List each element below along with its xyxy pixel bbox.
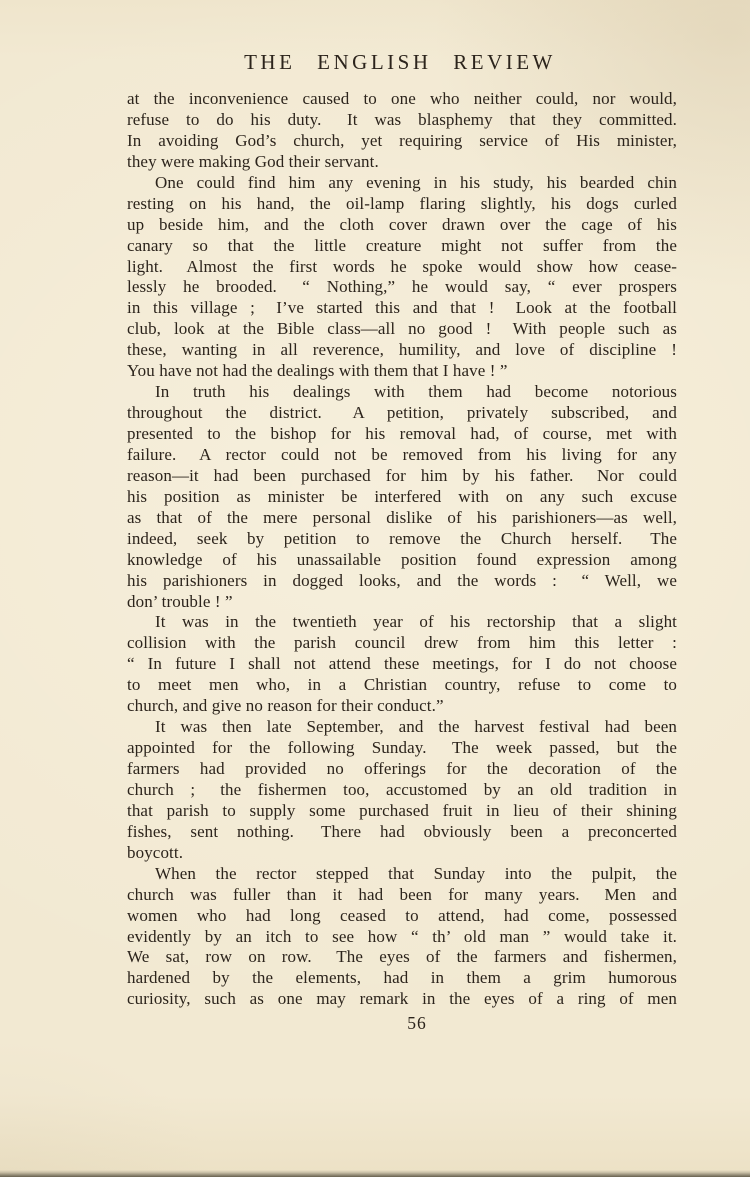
body-text: at the inconvenience caused to one who n… [127, 89, 677, 1010]
text-line: these, wanting in all reverence, humilit… [127, 340, 677, 361]
text-line: reason—it had been purchased for him by … [127, 466, 677, 487]
text-line: they were making God their servant. [127, 152, 677, 173]
text-line: It was in the twentieth year of his rect… [127, 612, 677, 633]
text-line: church, and give no reason for their con… [127, 696, 677, 717]
text-line: farmers had provided no offerings for th… [127, 759, 677, 780]
page-bottom-edge [0, 1170, 750, 1177]
text-line: throughout the district. A petition, pri… [127, 403, 677, 424]
text-line: It was then late September, and the harv… [127, 717, 677, 738]
text-line: fishes, sent nothing. There had obviousl… [127, 822, 677, 843]
text-line: up beside him, and the cloth cover drawn… [127, 215, 677, 236]
text-line: One could find him any evening in his st… [127, 173, 677, 194]
text-line: hardened by the elements, had in them a … [127, 968, 677, 989]
text-line: presented to the bishop for his removal … [127, 424, 677, 445]
text-line: in this village ; I’ve started this and … [127, 298, 677, 319]
text-line: indeed, seek by petition to remove the C… [127, 529, 677, 550]
text-line: don’ trouble ! ” [127, 592, 677, 613]
text-line: We sat, row on row. The eyes of the farm… [127, 947, 677, 968]
text-line: at the inconvenience caused to one who n… [127, 89, 677, 110]
text-line: to meet men who, in a Christian country,… [127, 675, 677, 696]
text-line: women who had long ceased to attend, had… [127, 906, 677, 927]
text-line: church ; the fishermen too, accustomed b… [127, 780, 677, 801]
text-line: canary so that the little creature might… [127, 236, 677, 257]
text-line: You have not had the dealings with them … [127, 361, 677, 382]
text-line: “ In future I shall not attend these mee… [127, 654, 677, 675]
text-line: In avoiding God’s church, yet requiring … [127, 131, 677, 152]
text-line: that parish to supply some purchased fru… [127, 801, 677, 822]
text-line: collision with the parish council drew f… [127, 633, 677, 654]
text-line: refuse to do his duty. It was blasphemy … [127, 110, 677, 131]
text-line: appointed for the following Sunday. The … [127, 738, 677, 759]
text-line: light. Almost the first words he spoke w… [127, 257, 677, 278]
text-line: lessly he brooded. “ Nothing,” he would … [127, 277, 677, 298]
book-page: THE ENGLISH REVIEW at the inconvenience … [0, 0, 750, 1177]
text-line: knowledge of his unassailable position f… [127, 550, 677, 571]
text-line: When the rector stepped that Sunday into… [127, 864, 677, 885]
text-line: resting on his hand, the oil-lamp flarin… [127, 194, 677, 215]
text-line: club, look at the Bible class—all no goo… [127, 319, 677, 340]
journal-title: THE ENGLISH REVIEW [125, 50, 675, 75]
text-line: evidently by an itch to see how “ th’ ol… [127, 927, 677, 948]
text-line: boycott. [127, 843, 677, 864]
text-line: church was fuller than it had been for m… [127, 885, 677, 906]
text-line: In truth his dealings with them had beco… [127, 382, 677, 403]
text-line: his parishioners in dogged looks, and th… [127, 571, 677, 592]
text-line: failure. A rector could not be removed f… [127, 445, 677, 466]
text-line: curiosity, such as one may remark in the… [127, 989, 677, 1010]
text-line: his position as minister be interfered w… [127, 487, 677, 508]
text-line: as that of the mere personal dislike of … [127, 508, 677, 529]
page-number: 56 [127, 1013, 707, 1034]
